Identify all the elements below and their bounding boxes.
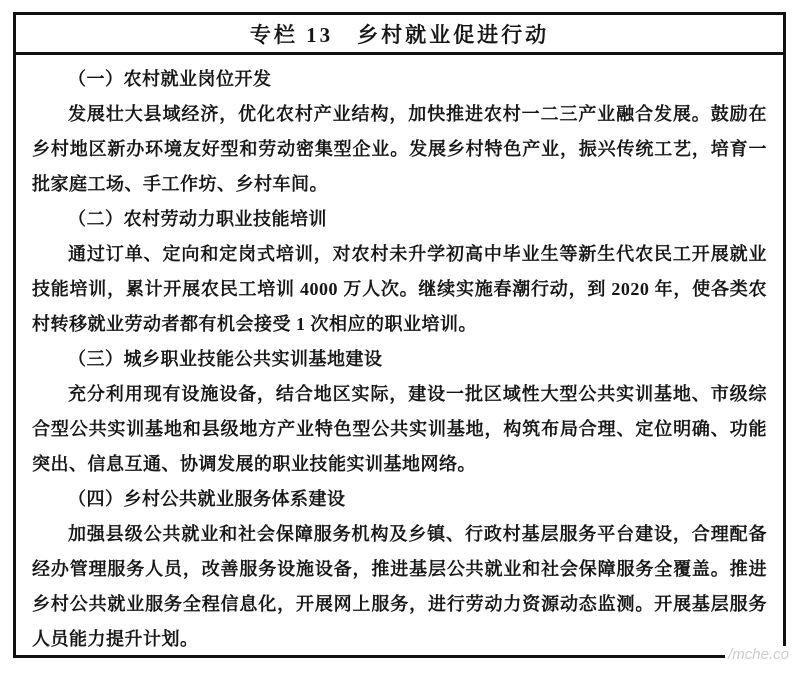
document-page: 专栏 13 乡村就业促进行动 （一）农村就业岗位开发 发展壮大县域经济，优化农村… (0, 0, 800, 677)
section-4-heading: （四）乡村公共就业服务体系建设 (32, 482, 767, 517)
section-3-heading: （三）城乡职业技能公共实训基地建设 (32, 342, 767, 377)
column-box-panel: 专栏 13 乡村就业促进行动 （一）农村就业岗位开发 发展壮大县域经济，优化农村… (13, 12, 786, 658)
section-2-heading: （二）农村劳动力职业技能培训 (32, 202, 767, 237)
panel-title: 专栏 13 乡村就业促进行动 (250, 19, 549, 49)
panel-body: （一）农村就业岗位开发 发展壮大县域经济，优化农村产业结构，加快推进农村一二三产… (16, 55, 783, 657)
panel-title-bar: 专栏 13 乡村就业促进行动 (16, 15, 783, 55)
section-2-paragraph: 通过订单、定向和定岗式培训，对农村未升学初高中毕业生等新生代农民工开展就业技能培… (32, 237, 767, 342)
section-3-paragraph: 充分利用现有设施设备，结合地区实际，建设一批区域性大型公共实训基地、市级综合型公… (32, 377, 767, 482)
section-1-paragraph: 发展壮大县域经济，优化农村产业结构，加快推进农村一二三产业融合发展。鼓励在乡村地… (32, 97, 767, 202)
section-4-paragraph: 加强县级公共就业和社会保障服务机构及乡镇、行政村基层服务平台建设，合理配备经办管… (32, 517, 767, 657)
site-watermark: /mche.co (725, 646, 792, 664)
section-1-heading: （一）农村就业岗位开发 (32, 62, 767, 97)
